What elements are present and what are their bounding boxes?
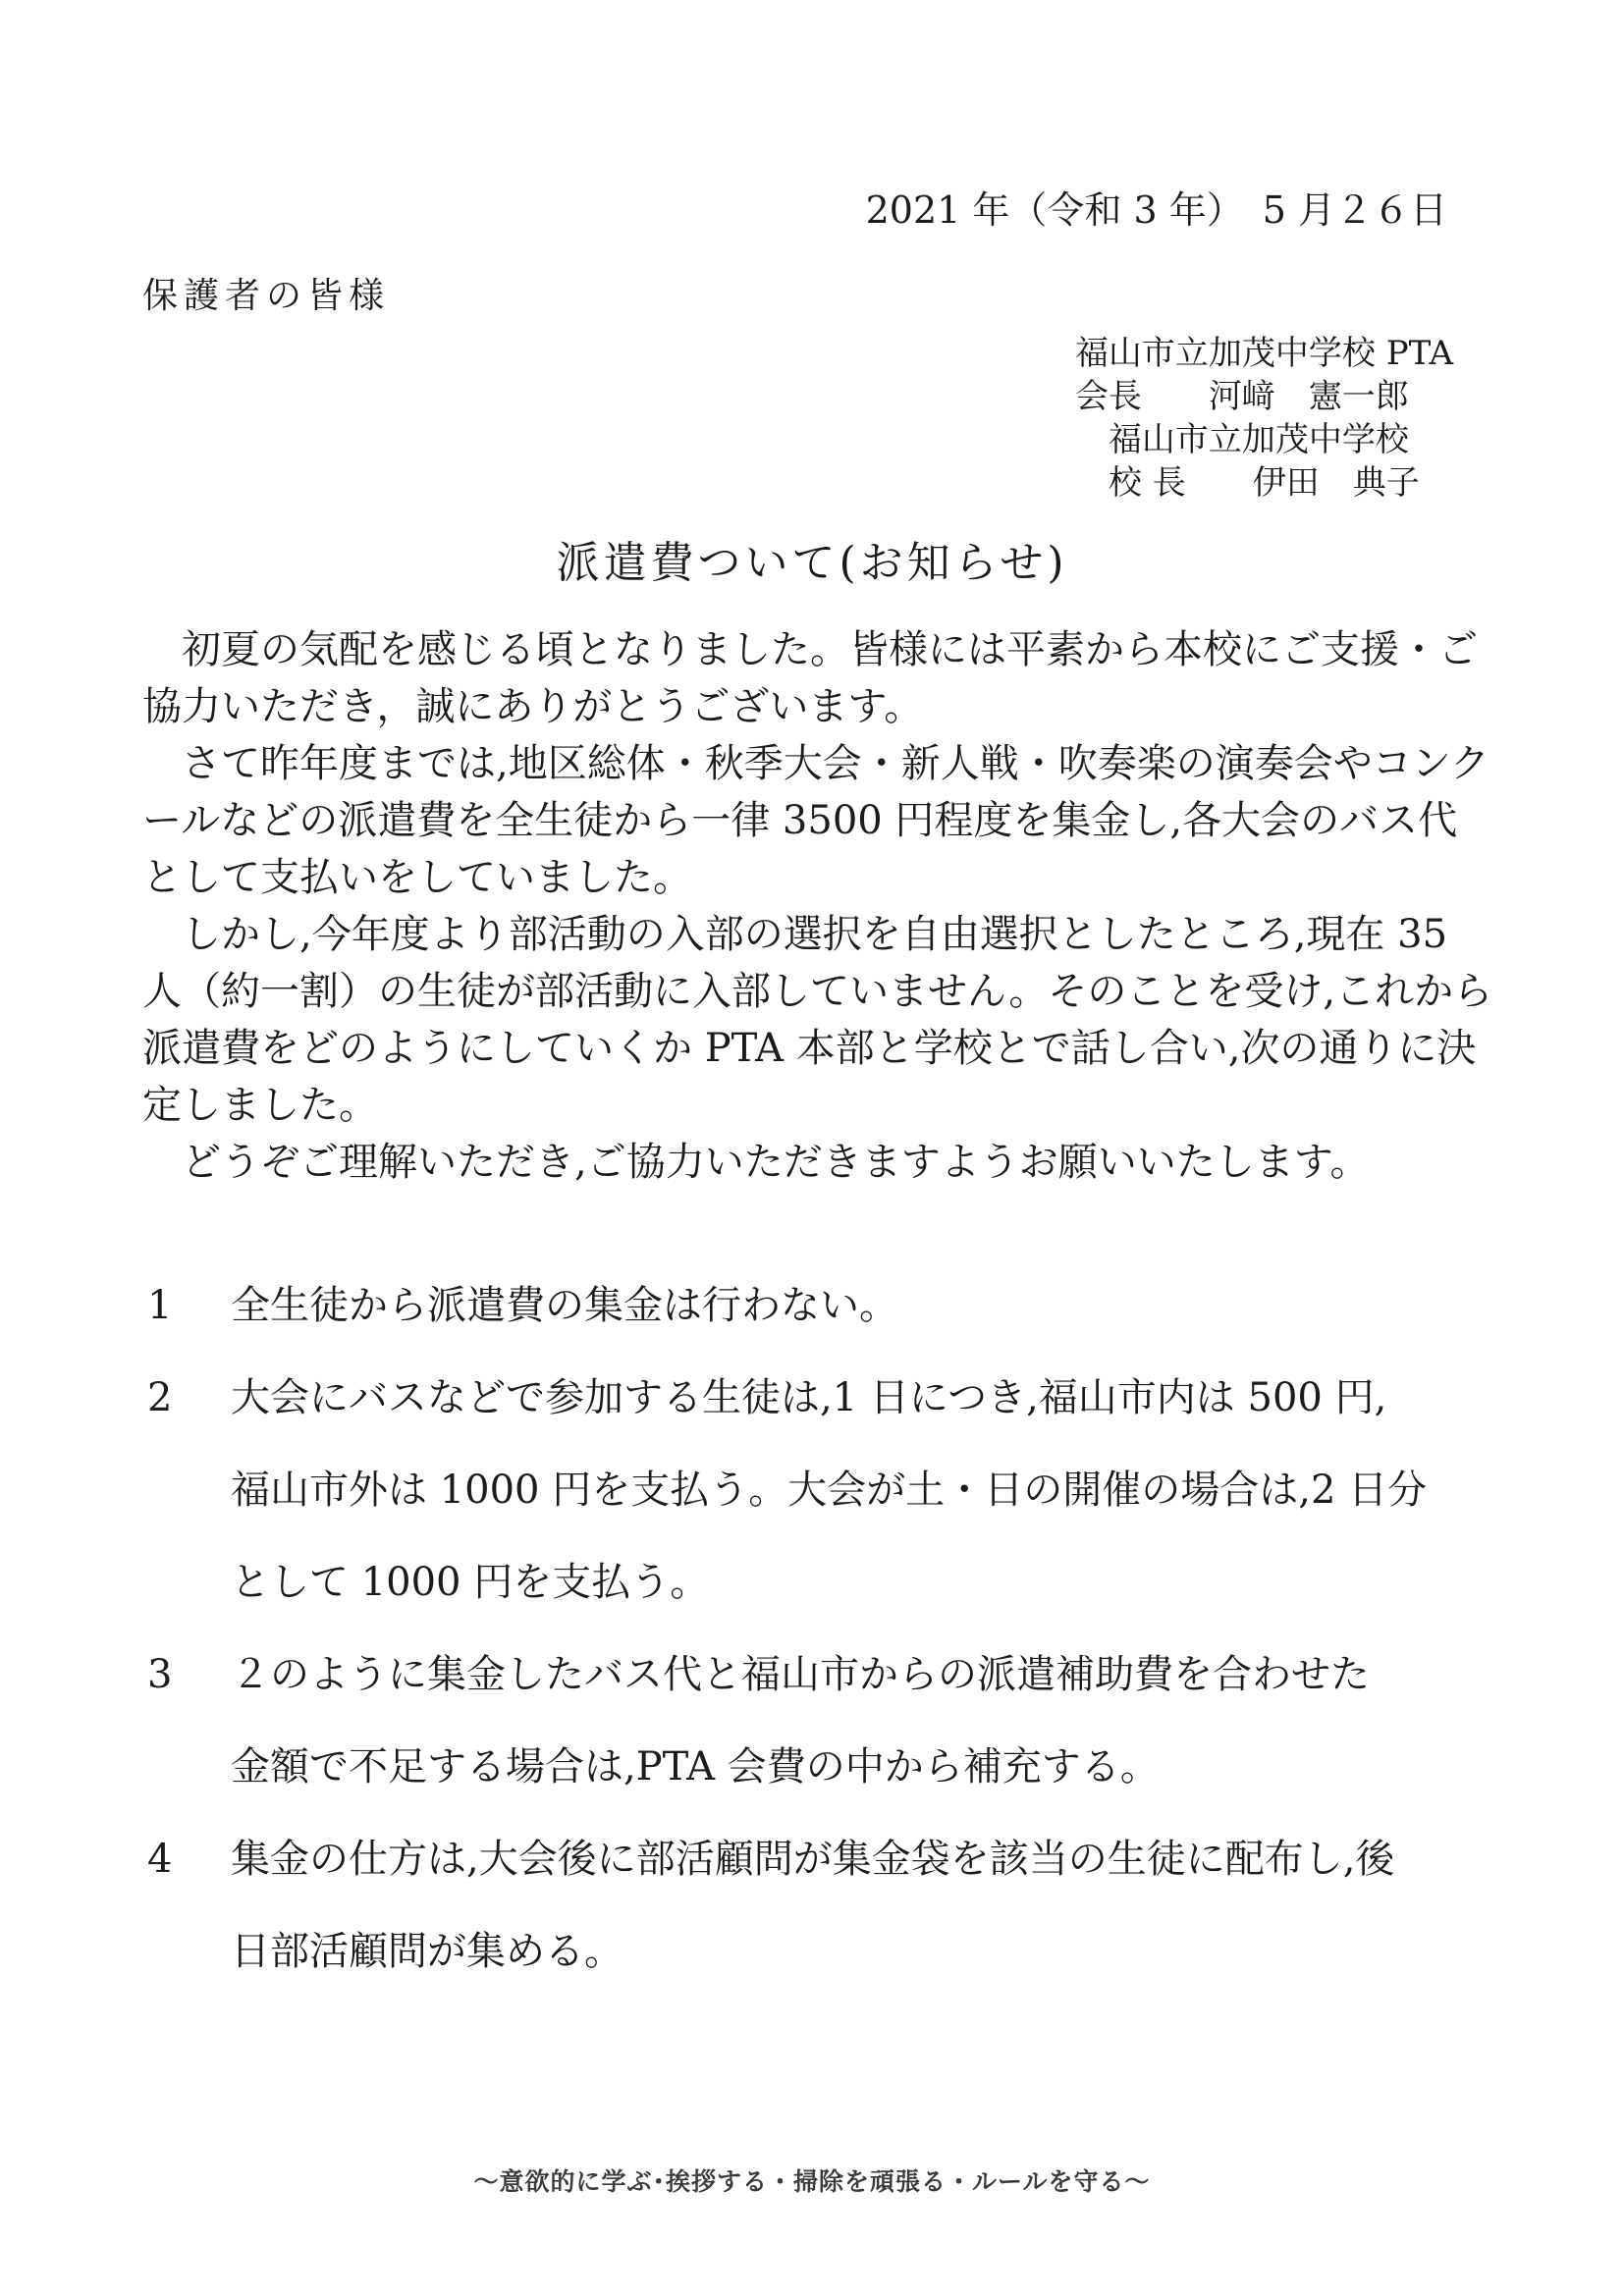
sender-block: 福山市立加茂中学校 PTA 会長 河﨑 憲一郎 福山市立加茂中学校 校 長 伊田… xyxy=(1075,332,1453,505)
document-title: 派遣費ついて(お知らせ) xyxy=(0,534,1624,593)
list-item-number: 3 xyxy=(147,1629,231,1721)
sender-section: 福山市立加茂中学校 PTA 会長 河﨑 憲一郎 福山市立加茂中学校 校 長 伊田… xyxy=(0,332,1624,505)
list-item-text: 集金の仕方は,大会後に部活顧問が集金袋を該当の生徒に配布し,後 日部活顧問が集め… xyxy=(231,1813,1394,1998)
recipient-line: 保護者の皆様 xyxy=(0,273,1624,320)
paragraph-decision: しかし,今年度より部活動の入部の選択を自由選択としたところ,現在 35 人（約一… xyxy=(142,906,1526,1134)
paragraph-background: さて昨年度までは,地区総体・秋季大会・新人戦・吹奏楽の演奏会やコンク ールなどの… xyxy=(142,735,1526,906)
paragraph-greeting: 初夏の気配を感じる頃となりました。皆様には平素から本校にご支援・ご 協力いただき… xyxy=(142,621,1526,735)
body-text: 初夏の気配を感じる頃となりました。皆様には平素から本校にご支援・ご 協力いただき… xyxy=(0,621,1624,1191)
list-item-text: 全生徒から派遣費の集金は行わない。 xyxy=(231,1259,898,1352)
paragraph-request: どうぞご理解いただき,ご協力いただきますようお願いいたします。 xyxy=(142,1134,1526,1191)
document-date: 2021 年（令和 3 年） 5 月２６日 xyxy=(0,0,1624,234)
list-item-number: 1 xyxy=(147,1259,231,1352)
decision-list: 1 全生徒から派遣費の集金は行わない。 2 大会にバスなどで参加する生徒は,1 … xyxy=(0,1259,1624,1998)
list-item: 2 大会にバスなどで参加する生徒は,1 日につき,福山市内は 500 円, 福山… xyxy=(147,1352,1565,1629)
list-item-number: 4 xyxy=(147,1813,231,1905)
list-item: 4 集金の仕方は,大会後に部活顧問が集金袋を該当の生徒に配布し,後 日部活顧問が… xyxy=(147,1813,1565,1998)
list-item-number: 2 xyxy=(147,1352,231,1444)
list-item: 3 ２のように集金したバス代と福山市からの派遣補助費を合わせた 金額で不足する場… xyxy=(147,1629,1565,1813)
list-item-text: 大会にバスなどで参加する生徒は,1 日につき,福山市内は 500 円, 福山市外… xyxy=(231,1352,1427,1629)
letter-page: 2021 年（令和 3 年） 5 月２６日 保護者の皆様 福山市立加茂中学校 P… xyxy=(0,0,1624,2296)
list-item: 1 全生徒から派遣費の集金は行わない。 xyxy=(147,1259,1565,1352)
footer-motto: ～意欲的に学ぶ･挨拶する・掃除を頑張る・ルールを守る～ xyxy=(0,2163,1624,2198)
list-item-text: ２のように集金したバス代と福山市からの派遣補助費を合わせた 金額で不足する場合は… xyxy=(231,1629,1370,1813)
